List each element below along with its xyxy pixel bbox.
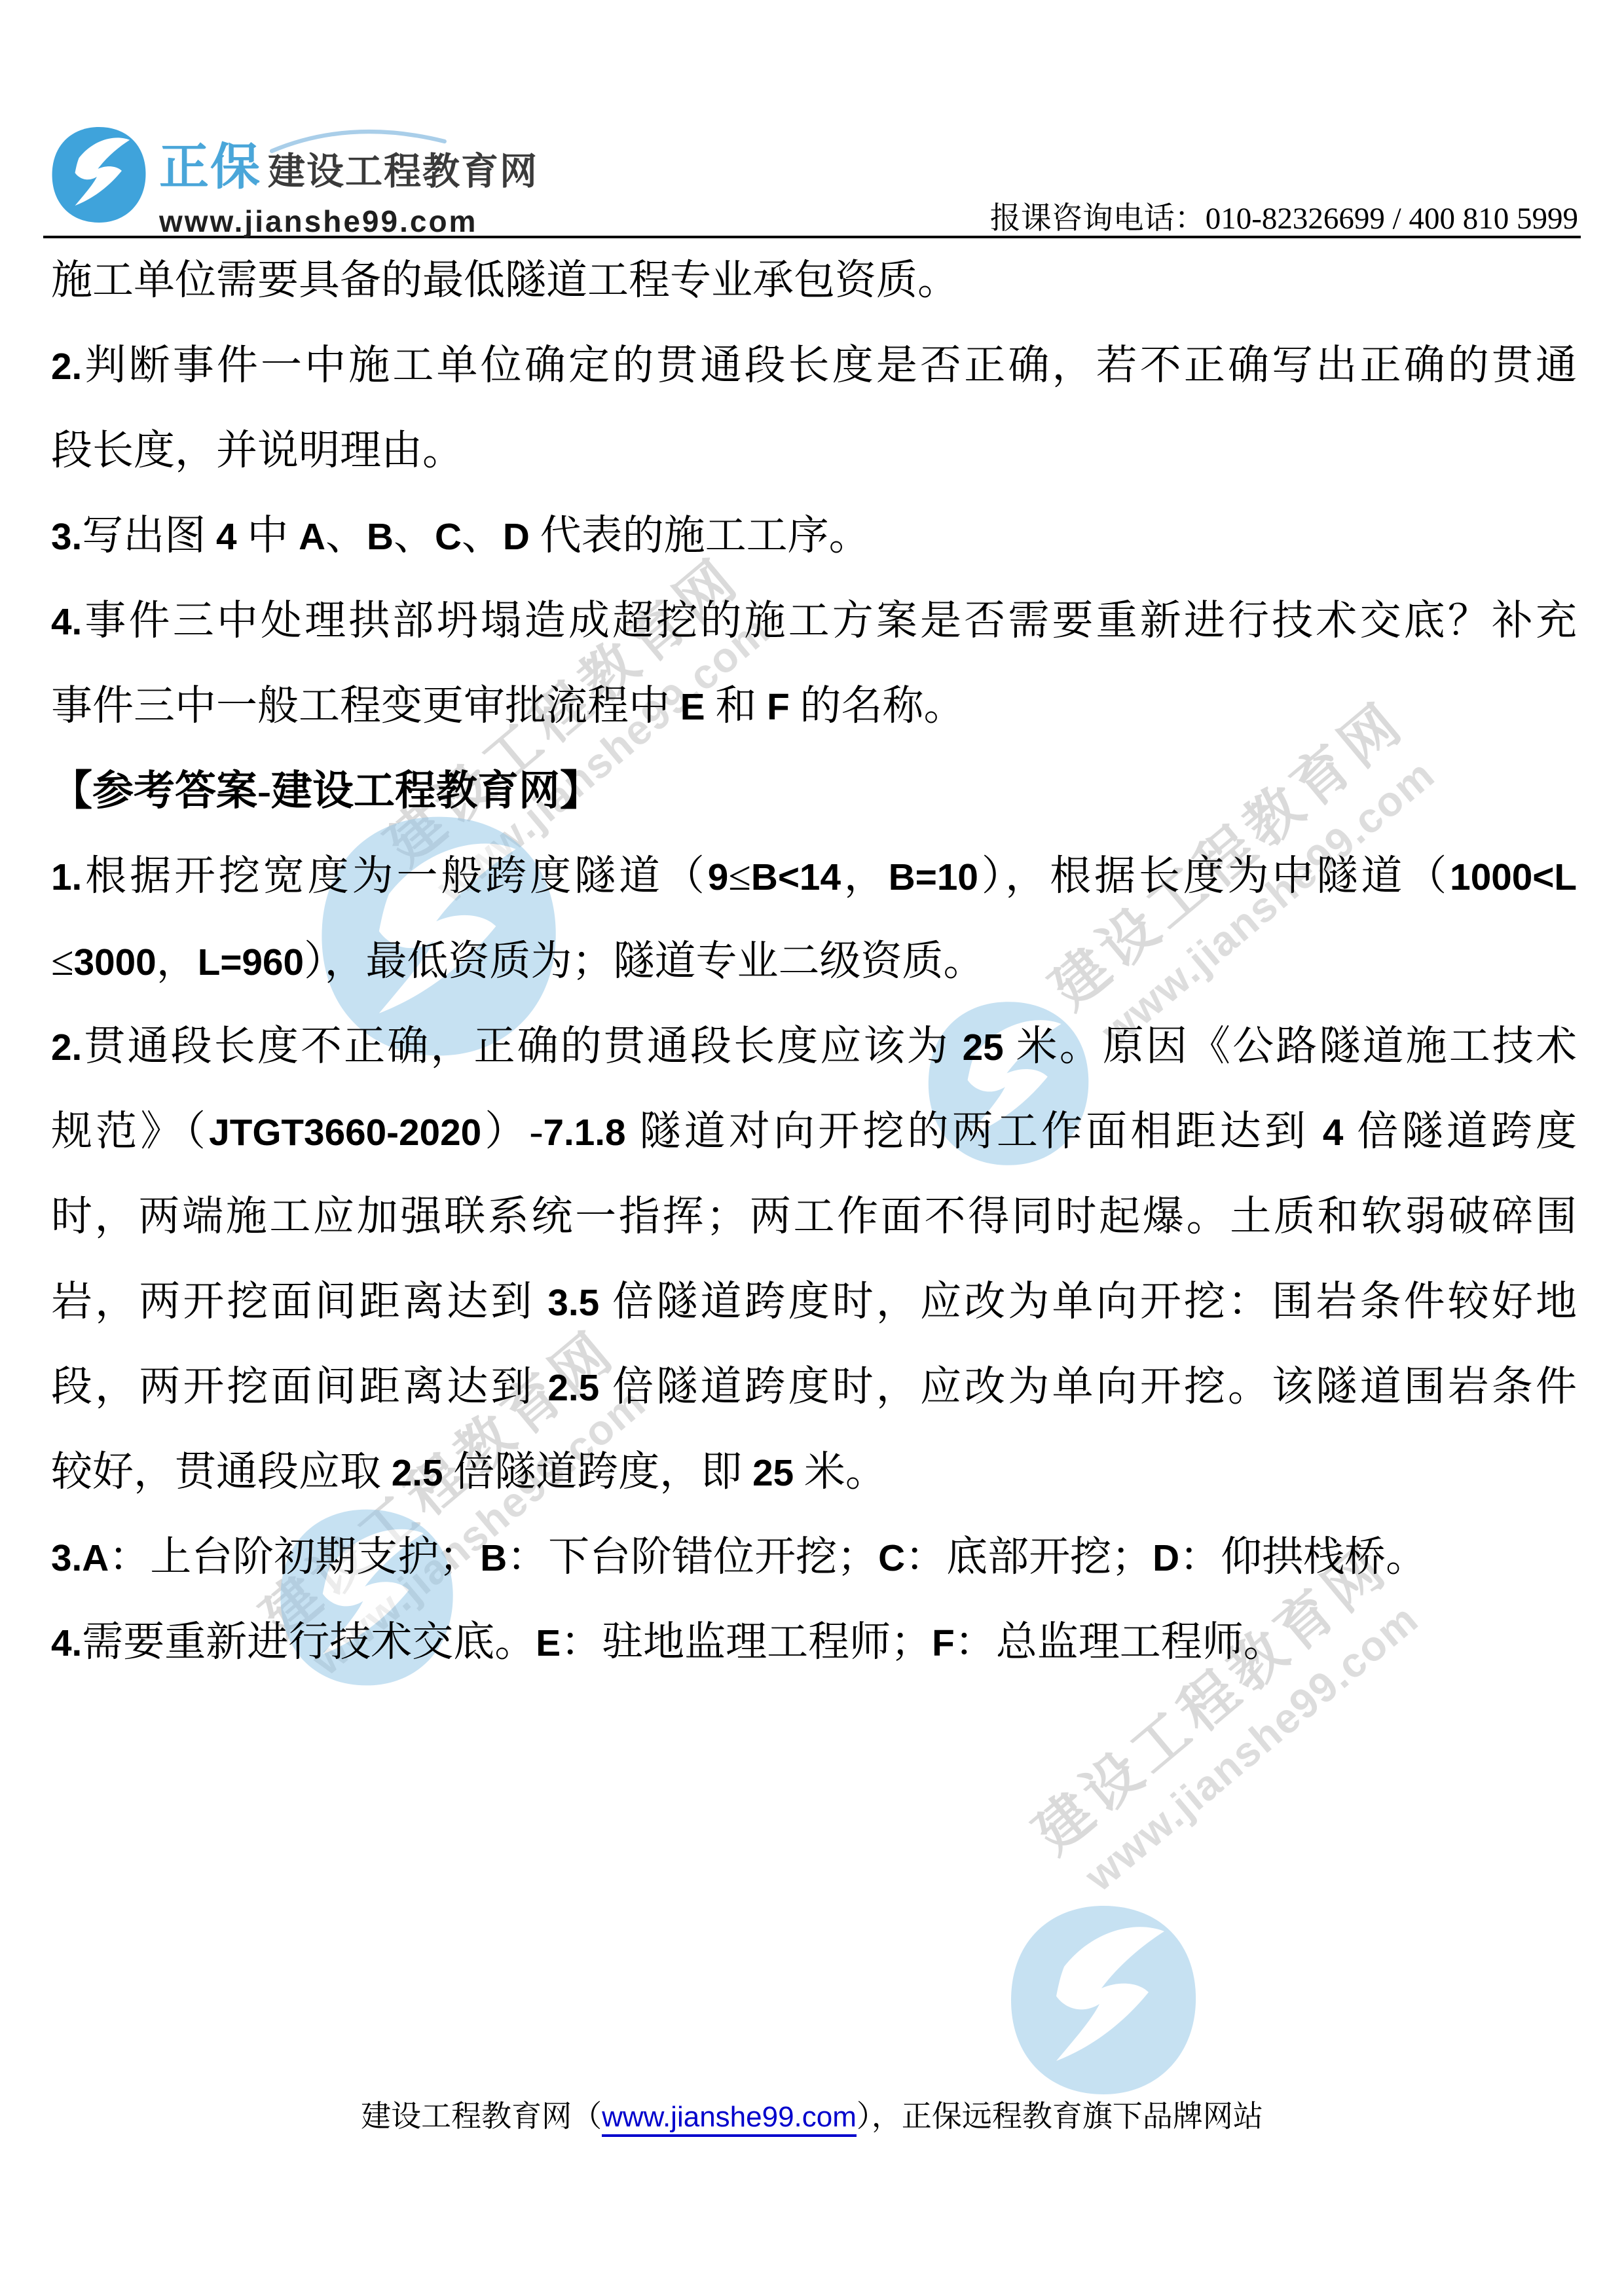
document-page: 建设工程教育网 www.jianshe99.com 建设工程教育网 www.ji…: [0, 0, 1624, 2296]
site-logo: 正保 建设工程教育网 www.jianshe99.com: [49, 122, 538, 239]
brand-name: 正保: [159, 127, 261, 198]
consult-phone: 报课咨询电话：010-82326699 / 400 810 5999: [990, 194, 1578, 238]
logo-url: www.jianshe99.com: [159, 204, 538, 239]
site-name: 建设工程教育网: [268, 141, 538, 195]
page-header: 正保 建设工程教育网 www.jianshe99.com 报课咨询电话：010-…: [0, 0, 1624, 2296]
logo-text-block: 正保 建设工程教育网 www.jianshe99.com: [159, 122, 538, 239]
zhengbao-logo-icon: [49, 122, 149, 228]
